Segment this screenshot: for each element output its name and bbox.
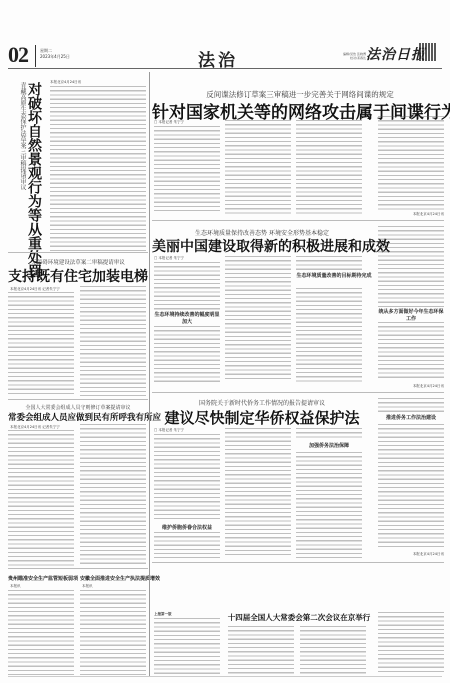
footer-rule [8,676,442,677]
npc-code-body-col2 [80,424,146,566]
session-col1 [154,618,220,674]
page-number-divider [35,45,36,67]
elevator-body-col2 [80,286,146,396]
top-article-byline: □ 本报记者 朱宁宁 [154,120,184,125]
brief-left-headline: 贵州瞄准安全生产监管短板弱项 [8,575,74,582]
session-col3 [300,626,366,674]
overseas-byline: □ 本报记者 朱宁宁 [154,428,184,433]
ecology-signoff: 本报北京4月24日讯 [378,384,444,389]
header-rule [8,68,442,69]
elevator-body-col1 [8,292,74,396]
newspaper-page: 02 星期二 2023年4月25日 法治 编辑/吴怡 张晓博 校对/邓春达 法治… [0,0,450,683]
overseas-col1-a [154,434,220,522]
ecology-subhead-3: 统从多方面做好今年生态环保工作 [378,308,444,322]
ecology-col1-a [154,262,220,310]
overseas-subhead-2: 加强侨务法治保障 [296,442,362,449]
ecology-headline: 美丽中国建设取得新的积极进展和成效 [152,236,372,256]
divider [8,252,148,253]
overseas-signoff: 本报北京4月24日讯 [378,552,444,557]
ecology-col1-b [154,326,220,382]
overseas-subhead-1: 维护侨胞侨眷合法权益 [154,524,220,531]
divider [8,399,148,400]
issue-date: 星期二 2023年4月25日 [40,48,70,60]
ecology-subhead-2: 生态环境质量改善的目标期待完成 [296,272,372,279]
brief-right-byline: 本报讯 [82,584,93,589]
column-divider [149,72,150,676]
overseas-headline: 建议尽快制定华侨权益保护法 [152,407,372,428]
overseas-col3-b [296,452,362,558]
npc-code-kicker: 全国人大常委会组成人员守则修订草案提请审议 [8,404,148,411]
ecology-col3-a [296,256,362,270]
brief-left-body [8,590,74,676]
elevator-headline: 支持既有住宅加装电梯 [8,266,148,286]
overseas-col2 [225,428,291,558]
left-article-headline: 对破坏自然景观行为等从重处罚 [26,82,42,278]
overseas-col4-b [378,424,444,550]
top-article-col2 [225,120,291,214]
session-col4 [378,612,444,674]
left-article-body [50,86,146,252]
brief-left-byline: 本报讯 [10,584,21,589]
divider [152,392,444,393]
overseas-col3-a [296,428,362,440]
divider [152,220,444,221]
top-article-signoff: 本报北京4月24日讯 [378,212,444,217]
ecology-col2 [225,256,291,382]
elevator-kicker: 无障碍环境建设法草案二审稿提请审议 [8,258,148,266]
divider [8,568,148,569]
ecology-col3-b [296,288,362,382]
top-article-col1 [154,126,220,214]
editors-credit: 编辑/吴怡 张晓博 校对/邓春达 [336,52,366,60]
date: 2023年4月25日 [40,54,70,60]
top-article-col4 [378,116,444,210]
ecology-col4-b [378,322,444,380]
left-article-dateline: 本报北京4月24日讯 [50,80,81,85]
npc-code-body-col1 [8,430,74,566]
overseas-col1-b [154,532,220,558]
ecology-subhead-1: 生态环境持续改善的幅度明显加大 [154,311,220,325]
npc-code-headline: 常委会组成人员应做到民有所呼我有所应 [8,411,148,423]
overseas-col4-a [378,398,444,412]
page-number: 02 [8,42,28,68]
proofreader-line: 校对/邓春达 [336,56,366,60]
brief-right-body [80,590,146,676]
masthead-logo: 法治日报 [366,44,426,64]
ecology-col4-a [378,226,444,308]
overseas-kicker: 国务院关于新时代侨务工作情况的报告提请审议 [152,398,372,407]
session-col2 [228,626,294,674]
top-article-col3 [296,120,362,214]
session-dateline: 上接第一版 [154,612,172,617]
overseas-subhead-3: 推进侨务工作法治建设 [378,414,444,421]
ecology-byline: □ 本报记者 朱宁宁 [154,256,184,261]
qr-code-icon[interactable] [419,43,437,61]
divider [152,562,444,563]
brief-right-headline: 安徽全面推进安全生产执法提质增效 [80,575,146,582]
session-headline: 十四届全国人大常委会第二次会议在京举行 [226,612,372,623]
